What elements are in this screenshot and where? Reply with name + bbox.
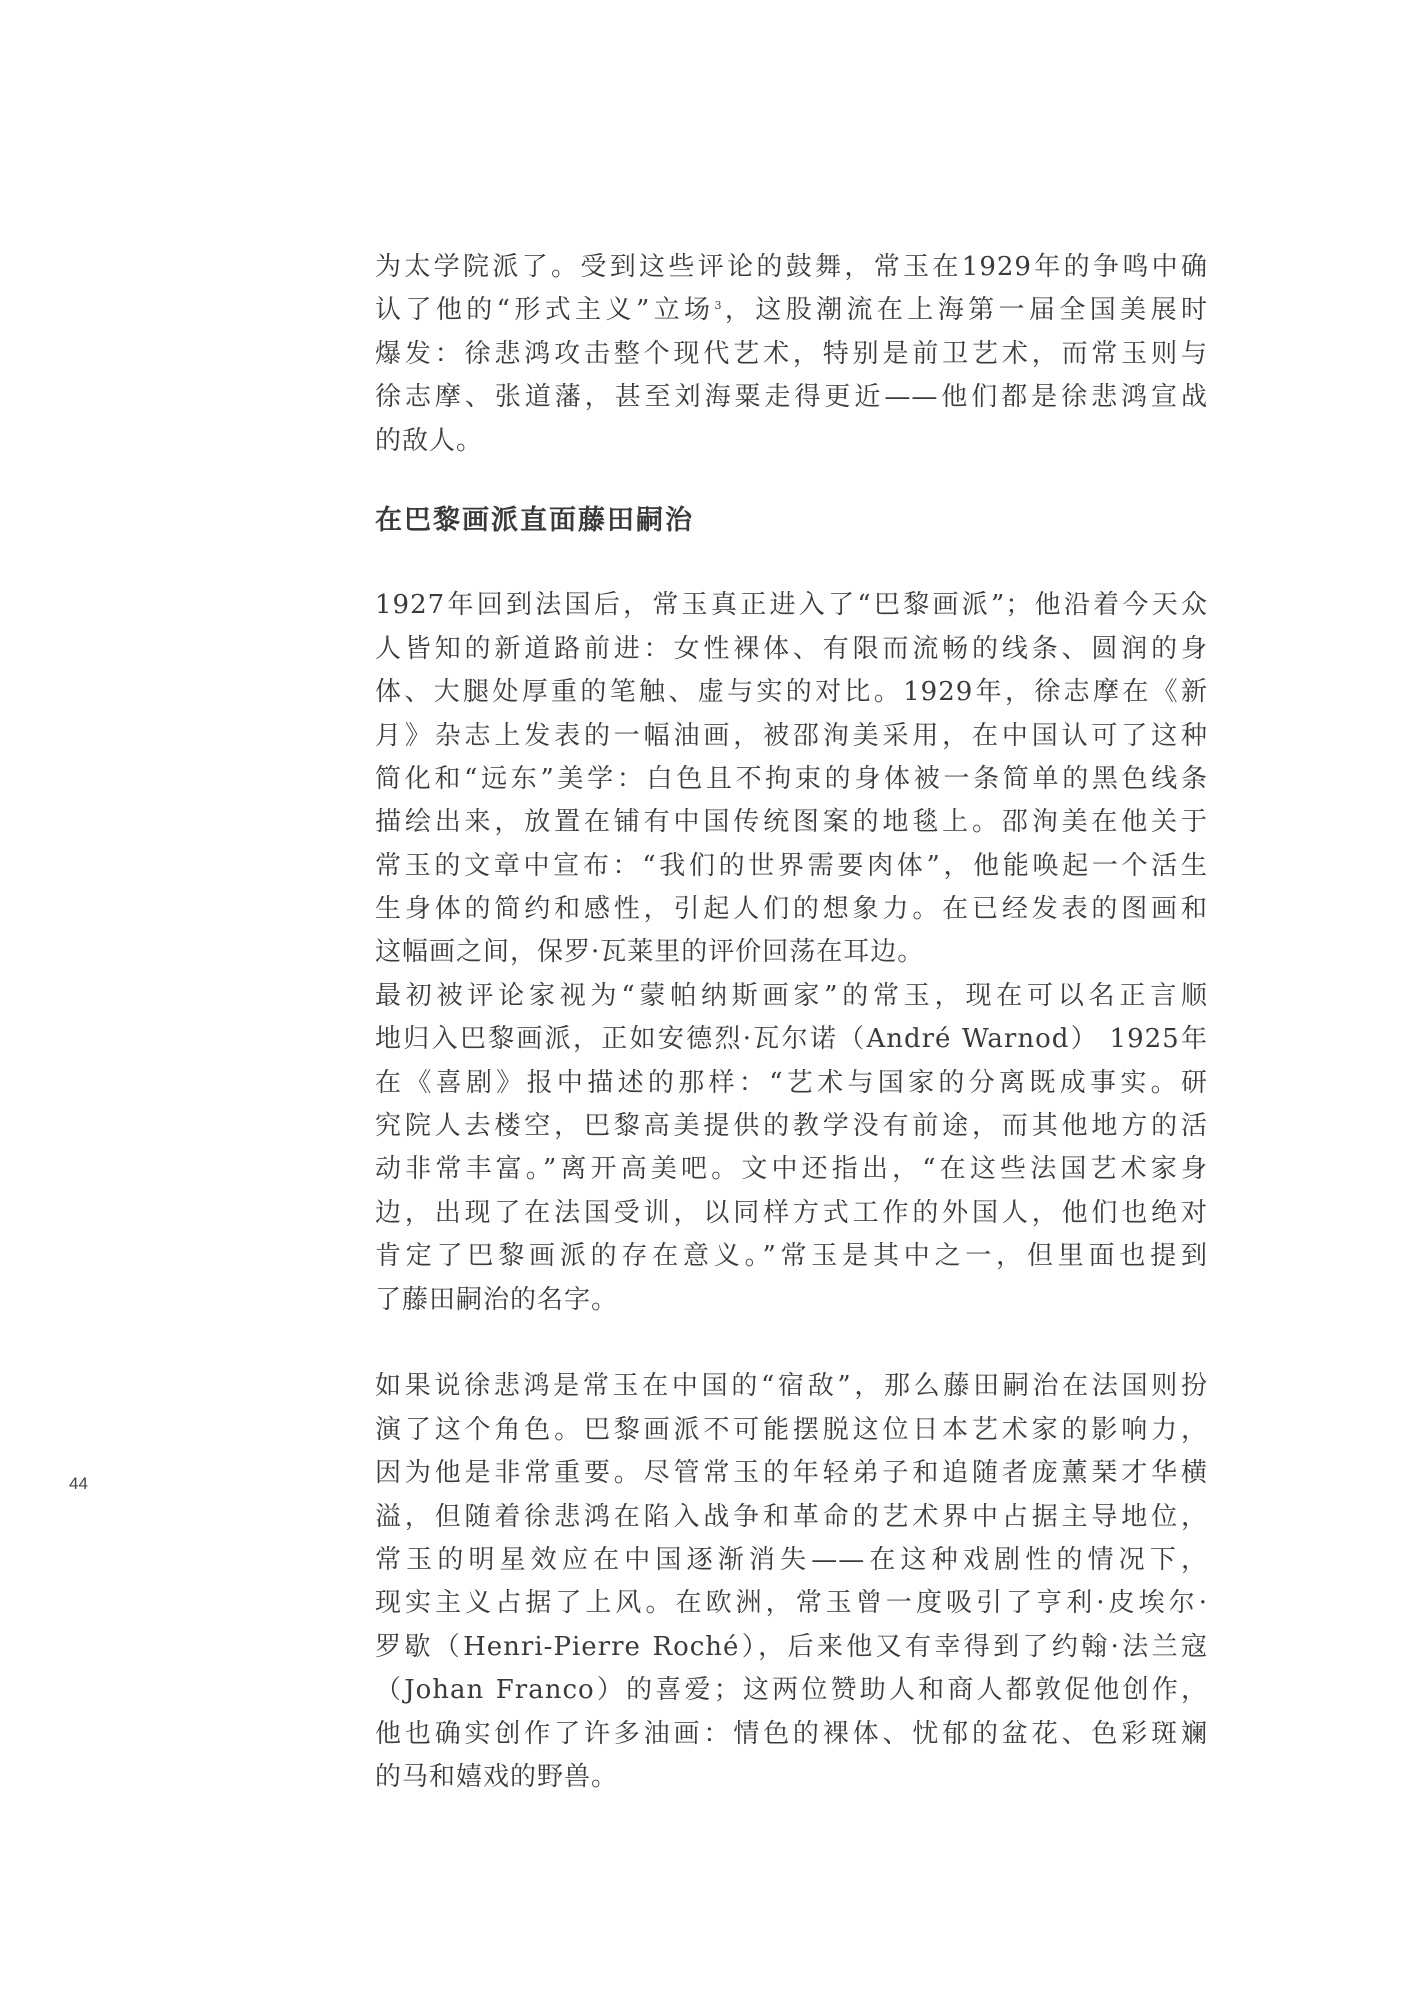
page-number: 44 (69, 1474, 88, 1494)
text-line-with-footnote: 认了他的“形式主义”立场3，这股潮流在上海第一届全国美展时 (375, 289, 1208, 332)
text-line: 的敌人。 (375, 420, 1208, 463)
text-line: 徐志摩、张道藩，甚至刘海粟走得更近——他们都是徐悲鸿宣战 (375, 376, 1208, 419)
text-line: 如果说徐悲鸿是常玉在中国的“宿敌”，那么藤田嗣治在法国则扮 (375, 1365, 1208, 1408)
text-line: 现实主义占据了上风。在欧洲，常玉曾一度吸引了亨利·皮埃尔· (375, 1582, 1208, 1625)
paragraph-3: 最初被评论家视为“蒙帕纳斯画家”的常玉，现在可以名正言顺 地归入巴黎画派，正如安… (375, 975, 1208, 1322)
text-line: 常玉的明星效应在中国逐渐消失——在这种戏剧性的情况下， (375, 1539, 1208, 1582)
text-line: 爆发：徐悲鸿攻击整个现代艺术，特别是前卫艺术，而常玉则与 (375, 333, 1208, 376)
text-line: 的马和嬉戏的野兽。 (375, 1756, 1208, 1799)
text-line: 演了这个角色。巴黎画派不可能摆脱这位日本艺术家的影响力， (375, 1409, 1208, 1452)
text-line: 这幅画之间，保罗·瓦莱里的评价回荡在耳边。 (375, 931, 1208, 974)
text-line: 体、大腿处厚重的笔触、虚与实的对比。1929年，徐志摩在《新 (375, 671, 1208, 714)
text-line: 生身体的简约和感性，引起人们的想象力。在已经发表的图画和 (375, 888, 1208, 931)
text-line: 月》杂志上发表的一幅油画，被邵洵美采用，在中国认可了这种 (375, 715, 1208, 758)
text-line: 因为他是非常重要。尽管常玉的年轻弟子和追随者庞薰琹才华横 (375, 1452, 1208, 1495)
text-line: 简化和“远东”美学：白色且不拘束的身体被一条简单的黑色线条 (375, 758, 1208, 801)
text-column: 为太学院派了。受到这些评论的鼓舞，常玉在1929年的争鸣中确 认了他的“形式主义… (375, 246, 1208, 1799)
text-segment: ，这股潮流在上海第一届全国美展时 (721, 295, 1208, 325)
text-line: （Johan Franco）的喜爱；这两位赞助人和商人都敦促他创作， (375, 1669, 1208, 1712)
text-line: 他也确实创作了许多油画：情色的裸体、忧郁的盆花、色彩斑斓 (375, 1713, 1208, 1756)
paragraph-spacer (375, 1322, 1208, 1365)
text-segment: 认了他的“形式主义”立场 (375, 295, 714, 325)
text-line: 最初被评论家视为“蒙帕纳斯画家”的常玉，现在可以名正言顺 (375, 975, 1208, 1018)
text-line: 人皆知的新道路前进：女性裸体、有限而流畅的线条、圆润的身 (375, 628, 1208, 671)
paragraph-1: 为太学院派了。受到这些评论的鼓舞，常玉在1929年的争鸣中确 认了他的“形式主义… (375, 246, 1208, 463)
text-line: 地归入巴黎画派，正如安德烈·瓦尔诺（André Warnod） 1925年 (375, 1018, 1208, 1061)
text-line: 在《喜剧》报中描述的那样：“艺术与国家的分离既成事实。研 (375, 1062, 1208, 1105)
text-line: 肯定了巴黎画派的存在意义。”常玉是其中之一，但里面也提到 (375, 1235, 1208, 1278)
text-line: 边，出现了在法国受训，以同样方式工作的外国人，他们也绝对 (375, 1192, 1208, 1235)
text-line: 1927年回到法国后，常玉真正进入了“巴黎画派”；他沿着今天众 (375, 584, 1208, 627)
text-line: 为太学院派了。受到这些评论的鼓舞，常玉在1929年的争鸣中确 (375, 246, 1208, 289)
section-heading: 在巴黎画派直面藤田嗣治 (375, 499, 1208, 542)
text-line: 究院人去楼空，巴黎高美提供的教学没有前途，而其他地方的活 (375, 1105, 1208, 1148)
paragraph-4: 如果说徐悲鸿是常玉在中国的“宿敌”，那么藤田嗣治在法国则扮 演了这个角色。巴黎画… (375, 1365, 1208, 1799)
text-line: 了藤田嗣治的名字。 (375, 1279, 1208, 1322)
text-line: 常玉的文章中宣布：“我们的世界需要肉体”，他能唤起一个活生 (375, 845, 1208, 888)
paragraph-2: 1927年回到法国后，常玉真正进入了“巴黎画派”；他沿着今天众 人皆知的新道路前… (375, 584, 1208, 975)
text-line: 溢，但随着徐悲鸿在陷入战争和革命的艺术界中占据主导地位， (375, 1496, 1208, 1539)
text-line: 动非常丰富。”离开高美吧。文中还指出，“在这些法国艺术家身 (375, 1148, 1208, 1191)
text-line: 描绘出来，放置在铺有中国传统图案的地毯上。邵洵美在他关于 (375, 801, 1208, 844)
text-line: 罗歇（Henri-Pierre Roché），后来他又有幸得到了约翰·法兰寇 (375, 1626, 1208, 1669)
